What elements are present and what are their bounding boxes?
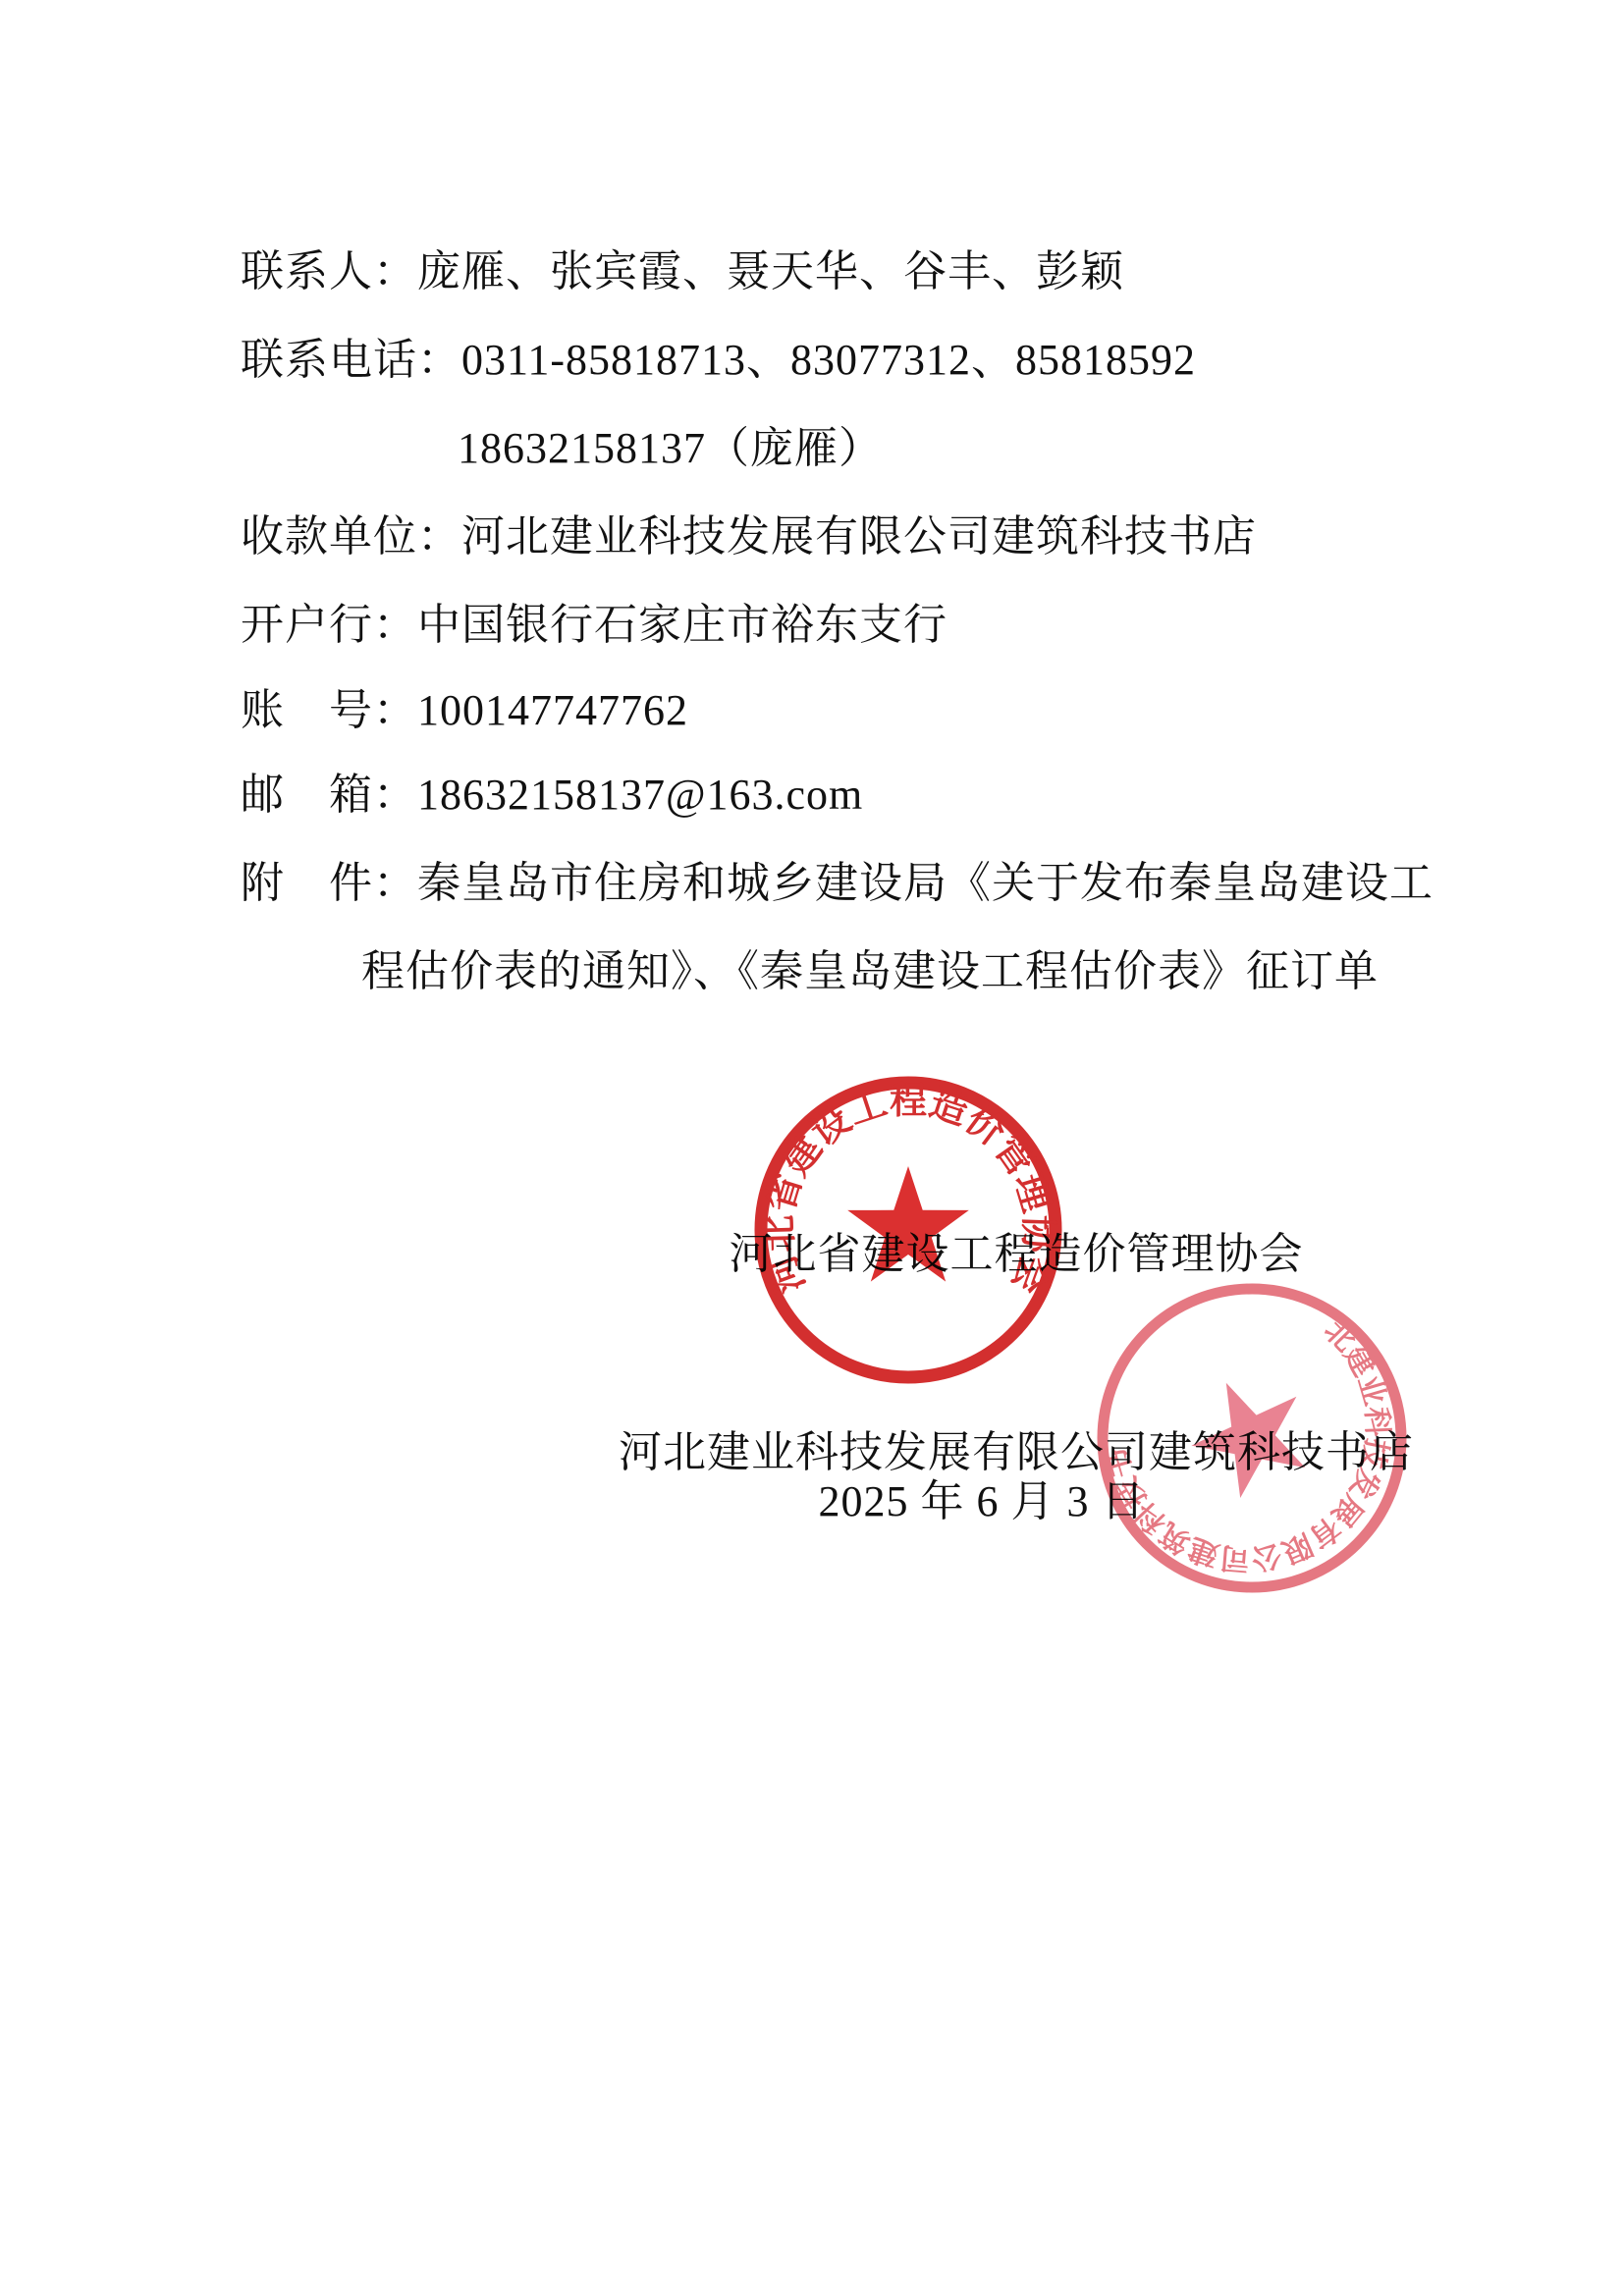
- payee-line: 收款单位：河北建业科技发展有限公司建筑科技书店: [241, 507, 1257, 566]
- account-number-line: 账 号：100147747762: [241, 681, 688, 740]
- star-icon: [1173, 1359, 1325, 1508]
- attachment-line-2: 程估价表的通知》、《秦皇岛建设工程估价表》征订单: [361, 942, 1379, 1001]
- bookstore-seal-graphic: 河北建业科技发展有限公司建筑科技书店: [1080, 1266, 1424, 1610]
- contact-phone-line-2: 18632158137（庞雁）: [458, 419, 883, 478]
- email-line: 邮 箱：18632158137@163.com: [241, 766, 863, 825]
- association-seal-stamp: 河北省建设工程造价管理协会: [741, 1063, 1075, 1397]
- contact-phone-line: 联系电话：0311-85818713、83077312、85818592: [241, 331, 1196, 390]
- association-seal-graphic: 河北省建设工程造价管理协会: [741, 1063, 1075, 1397]
- document-page: 联系人：庞雁、张宾霞、聂天华、谷丰、彭颖 联系电话：0311-85818713、…: [0, 0, 1624, 2296]
- bookstore-seal-stamp: 河北建业科技发展有限公司建筑科技书店: [1080, 1266, 1424, 1610]
- bank-line: 开户行：中国银行石家庄市裕东支行: [241, 596, 947, 655]
- star-icon: [847, 1166, 969, 1282]
- contact-person-line: 联系人：庞雁、张宾霞、聂天华、谷丰、彭颖: [241, 242, 1124, 301]
- attachment-line-1: 附 件：秦皇岛市住房和城乡建设局《关于发布秦皇岛建设工: [241, 854, 1434, 913]
